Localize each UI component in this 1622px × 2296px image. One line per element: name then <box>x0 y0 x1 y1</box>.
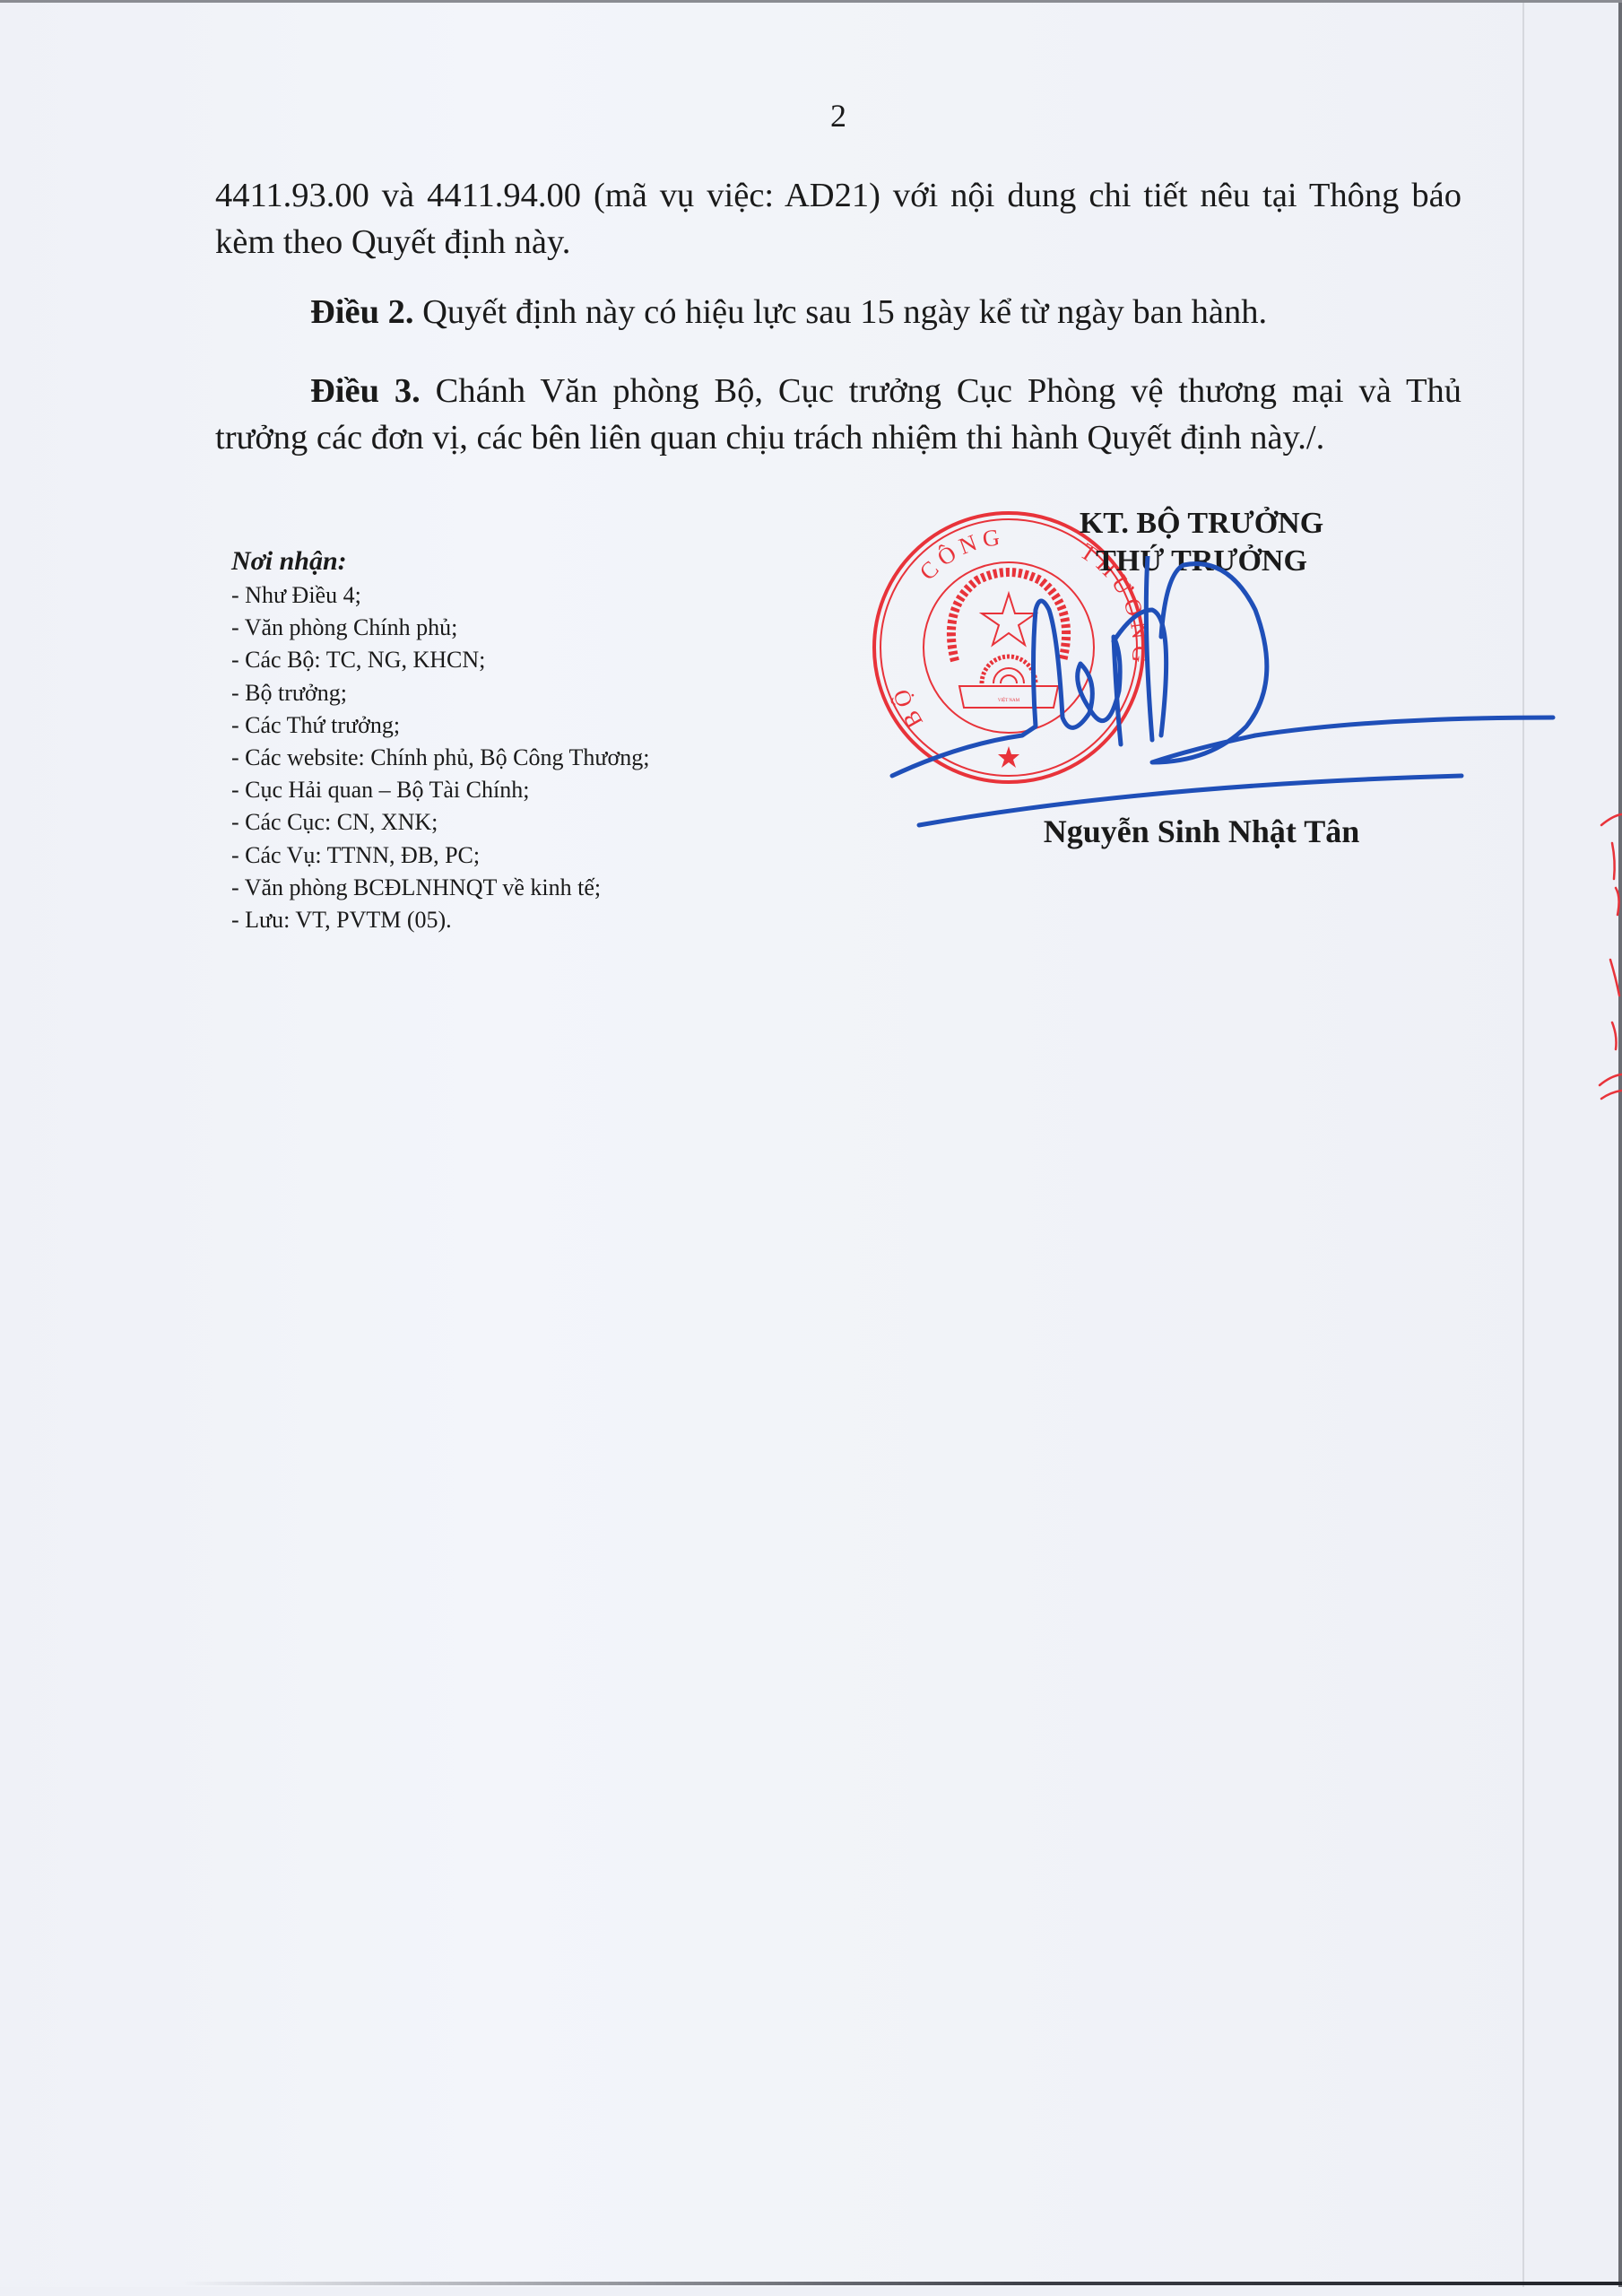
recipient-item: Văn phòng BCĐLNHNQT về kinh tế; <box>231 872 649 904</box>
scan-page-edge <box>1618 3 1622 2287</box>
handwritten-signature-icon <box>879 556 1560 843</box>
signer-name: Nguyễn Sinh Nhật Tân <box>968 813 1435 850</box>
signer-authority: KT. BỘ TRƯỞNG <box>968 505 1435 543</box>
article-2: Điều 2. Quyết định này có hiệu lực sau 1… <box>215 289 1462 335</box>
recipient-item: Văn phòng Chính phủ; <box>231 612 649 644</box>
recipients-list: Như Điều 4; Văn phòng Chính phủ; Các Bộ:… <box>231 579 649 936</box>
article-2-label: Điều 2. <box>310 293 414 331</box>
recipient-item: Các Thứ trưởng; <box>231 709 649 742</box>
recipient-item: Bộ trưởng; <box>231 677 649 709</box>
recipient-item: Cục Hải quan – Bộ Tài Chính; <box>231 774 649 806</box>
recipients-title: Nơi nhận: <box>231 545 649 578</box>
page-number: 2 <box>0 97 1622 135</box>
recipient-item: Lưu: VT, PVTM (05). <box>231 904 649 936</box>
recipient-item: Các Bộ: TC, NG, KHCN; <box>231 644 649 676</box>
scan-bottom-shadow <box>179 2282 1622 2285</box>
article-3-label: Điều 3. <box>310 372 421 410</box>
recipient-item: Các Cục: CN, XNK; <box>231 806 649 839</box>
recipient-item: Các Vụ: TTNN, ĐB, PC; <box>231 839 649 872</box>
document-page <box>0 0 1622 2287</box>
paragraph-continuation: 4411.93.00 và 4411.94.00 (mã vụ việc: AD… <box>215 172 1462 265</box>
recipient-item: Như Điều 4; <box>231 579 649 612</box>
recipients-block: Nơi nhận: Như Điều 4; Văn phòng Chính ph… <box>231 545 649 936</box>
article-3: Điều 3. Chánh Văn phòng Bộ, Cục trưởng C… <box>215 368 1462 461</box>
article-2-text: Quyết định này có hiệu lực sau 15 ngày k… <box>414 293 1268 331</box>
scan-fold-line <box>1522 3 1524 2287</box>
recipient-item: Các website: Chính phủ, Bộ Công Thương; <box>231 742 649 774</box>
margin-seal-icon <box>1596 789 1622 1112</box>
